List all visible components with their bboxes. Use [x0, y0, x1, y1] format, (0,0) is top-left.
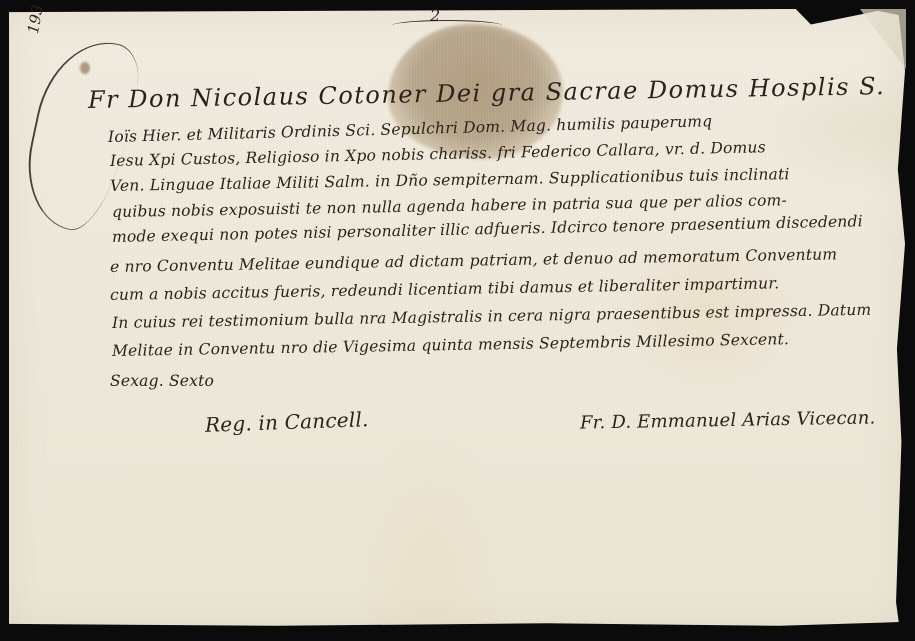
- top-flourish: [392, 20, 502, 31]
- body-line-10: Sexag. Sexto: [110, 372, 214, 390]
- top-mark: 2: [430, 6, 440, 25]
- document-photo: 2 193 Fr Don Nicolaus Cotoner Dei gra Sa…: [0, 0, 915, 641]
